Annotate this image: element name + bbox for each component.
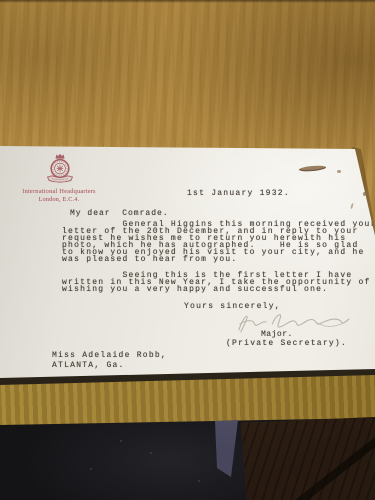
signer-role: (Private Secretary). xyxy=(226,340,347,348)
crest-icon xyxy=(43,153,77,187)
signer-rank: Major. xyxy=(261,331,293,339)
dust-speck xyxy=(150,452,152,454)
letterhead-org-name: International Headquarters xyxy=(4,188,114,195)
salutation: My dear Comrade. xyxy=(70,210,169,218)
dust-speck xyxy=(90,468,92,470)
body-line: wishing you a very happy and successful … xyxy=(62,286,328,294)
dust-speck xyxy=(198,480,200,482)
letterhead-org-address: London, E.C.4. xyxy=(4,196,114,203)
recipient-name: Miss Adelaide Robb, xyxy=(52,352,167,360)
paper-speck xyxy=(350,203,354,209)
recipient-city: ATLANTA, Ga. xyxy=(52,362,125,370)
paper-speck xyxy=(337,170,341,173)
date-line: 1st January 1932. xyxy=(187,190,290,198)
dust-speck xyxy=(120,440,122,442)
paper-stain xyxy=(299,165,326,172)
body-line: was pleased to hear from you. xyxy=(62,256,237,264)
photo-top-edge xyxy=(0,0,375,3)
